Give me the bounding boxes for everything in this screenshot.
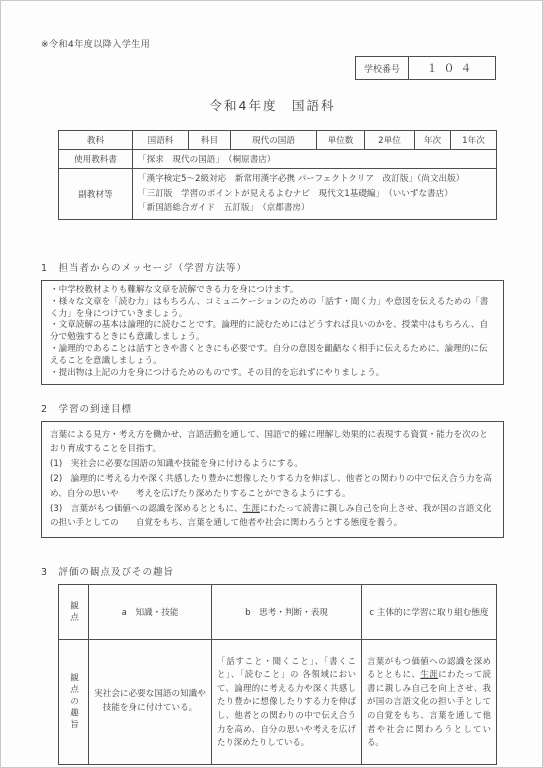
viewpoint-purport-cell: 観点の趣旨 bbox=[59, 640, 89, 765]
page-title: 令和4年度 国語科 bbox=[41, 96, 504, 114]
course-info-table: 教科 国語科 科目 現代の国語 単位数 2単位 年次 1年次 使用教科書 「探求… bbox=[58, 130, 497, 220]
cell-thinking-judgement: 「話すこと・聞くこと」、「書くこと」、「読むこと」の 各領域において、論理的に考… bbox=[212, 640, 362, 765]
textbook-row: 使用教科書 「探求 現代の国語」 （桐原書店） bbox=[59, 150, 497, 169]
school-number-box: 学校番号 １０４ bbox=[41, 56, 496, 80]
column-c-header: c 主体的に学習に取り組む態度 bbox=[362, 585, 497, 640]
message-bullet: ・文章読解の基本は論理的に読むことです。論理的に読むためにはどうすれば良いのかを… bbox=[50, 320, 495, 344]
goal-item-3: (3) 言葉がもつ価値への認識を深めるとともに、生涯にわたって読書に親しみ自己を… bbox=[50, 502, 495, 532]
document-page: ※令和4年度以降入学生用 学校番号 １０４ 令和4年度 国語科 教科 国語科 科… bbox=[0, 0, 543, 768]
cell-attitude-underlined: 生涯 bbox=[420, 669, 438, 679]
evaluation-table: 観点 a 知識・技能 b 思考・判断・表現 c 主体的に学習に取り組む態度 観点… bbox=[58, 584, 497, 765]
cell-attitude-text: にわたって読書に親しみ自己を向上させ、我が国の言語文化の担い手としての自覚をもち… bbox=[367, 669, 491, 747]
textbook-label: 使用教科書 bbox=[59, 150, 133, 169]
year-label: 年次 bbox=[415, 131, 451, 150]
goal-item-3-underlined: 生涯 bbox=[243, 504, 260, 514]
credits-label: 単位数 bbox=[317, 131, 365, 150]
goals-intro: 言葉による見方・考え方を働かせ、言語活動を通して、国語で的確に理解し効果的に表現… bbox=[50, 428, 495, 458]
materials-row: 副教材等 「漢字検定5～2級対応 新常用漢字必携 パーフェクトクリア 改訂版」（… bbox=[59, 169, 497, 220]
evaluation-body-row: 観点の趣旨 実社会に必要な国語の知識や技能を身に付けている。 「話すこと・聞くこ… bbox=[59, 640, 497, 765]
section3-heading: 3 評価の観点及びその趣旨 bbox=[41, 564, 504, 578]
goal-item-1: (1) 実社会に必要な国語の知識や技能を身に付けるようにする。 bbox=[50, 457, 495, 472]
textbook-value: 「探求 現代の国語」 （桐原書店） bbox=[133, 150, 497, 169]
message-bullet: ・提出物は上記の力を身につけるためのものです。その目的を忘れずにやりましょう。 bbox=[50, 368, 495, 380]
materials-label: 副教材等 bbox=[59, 169, 133, 220]
section2-heading: 2 学習の到達目標 bbox=[41, 401, 504, 415]
viewpoint-purport-label: 観点の趣旨 bbox=[68, 673, 80, 731]
materials-line: 「三訂版 学習のポイントが見えるよむナビ 現代文1基礎編」 （いいずな書店） bbox=[138, 187, 491, 202]
viewpoint-corner-cell: 観点 bbox=[59, 585, 89, 640]
school-number-label: 学校番号 bbox=[355, 57, 408, 80]
goal-item-3-text: (3) 言葉がもつ価値への認識を深めるとともに、 bbox=[50, 504, 243, 514]
entry-year-note: ※令和4年度以降入学生用 bbox=[41, 37, 504, 50]
learning-goals-box: 言葉による見方・考え方を働かせ、言語活動を通して、国語で的確に理解し効果的に表現… bbox=[41, 421, 504, 538]
teacher-message-box: ・中学校教材よりも難解な文章を読解できる力を身につけます。 ・様々な文章を「読む… bbox=[41, 280, 504, 385]
column-a-header: a 知識・技能 bbox=[89, 585, 212, 640]
viewpoint-corner-label: 観点 bbox=[68, 601, 80, 624]
credits-value: 2単位 bbox=[365, 131, 415, 150]
materials-line: 「新国語総合ガイド 五訂版」 （京都書房） bbox=[138, 201, 491, 216]
course-value: 現代の国語 bbox=[231, 131, 317, 150]
evaluation-header-row: 観点 a 知識・技能 b 思考・判断・表現 c 主体的に学習に取り組む態度 bbox=[59, 585, 497, 640]
course-info-row: 教科 国語科 科目 現代の国語 単位数 2単位 年次 1年次 bbox=[59, 131, 497, 150]
subject-label: 教科 bbox=[59, 131, 133, 150]
year-value: 1年次 bbox=[451, 131, 497, 150]
course-label: 科目 bbox=[189, 131, 231, 150]
school-number-value: １０４ bbox=[409, 57, 496, 80]
message-bullet: ・論理的であることは話すときや書くときにも必要です。自分の意図を齟齬なく相手に伝… bbox=[50, 344, 495, 368]
goal-item-2: (2) 論理的に考える力や深く共感したり豊かに想像したりする力を伸ばし、他者との… bbox=[50, 472, 495, 502]
column-b-header: b 思考・判断・表現 bbox=[212, 585, 362, 640]
cell-attitude: 言葉がもつ価値への認識を深めるとともに、生涯にわたって読書に親しみ自己を向上させ… bbox=[362, 640, 497, 765]
message-bullet: ・様々な文章を「読む力」はもちろん、コミュニケーションのための「話す・聞く力」や… bbox=[50, 297, 495, 321]
materials-value: 「漢字検定5～2級対応 新常用漢字必携 パーフェクトクリア 改訂版」（尚文出版）… bbox=[133, 169, 497, 220]
message-bullet: ・中学校教材よりも難解な文章を読解できる力を身につけます。 bbox=[50, 285, 495, 297]
subject-value: 国語科 bbox=[133, 131, 189, 150]
cell-knowledge-skills: 実社会に必要な国語の知識や技能を身に付けている。 bbox=[89, 640, 212, 765]
materials-line: 「漢字検定5～2級対応 新常用漢字必携 パーフェクトクリア 改訂版」（尚文出版） bbox=[138, 172, 491, 187]
section1-heading: 1 担当者からのメッセージ（学習方法等） bbox=[41, 260, 504, 274]
